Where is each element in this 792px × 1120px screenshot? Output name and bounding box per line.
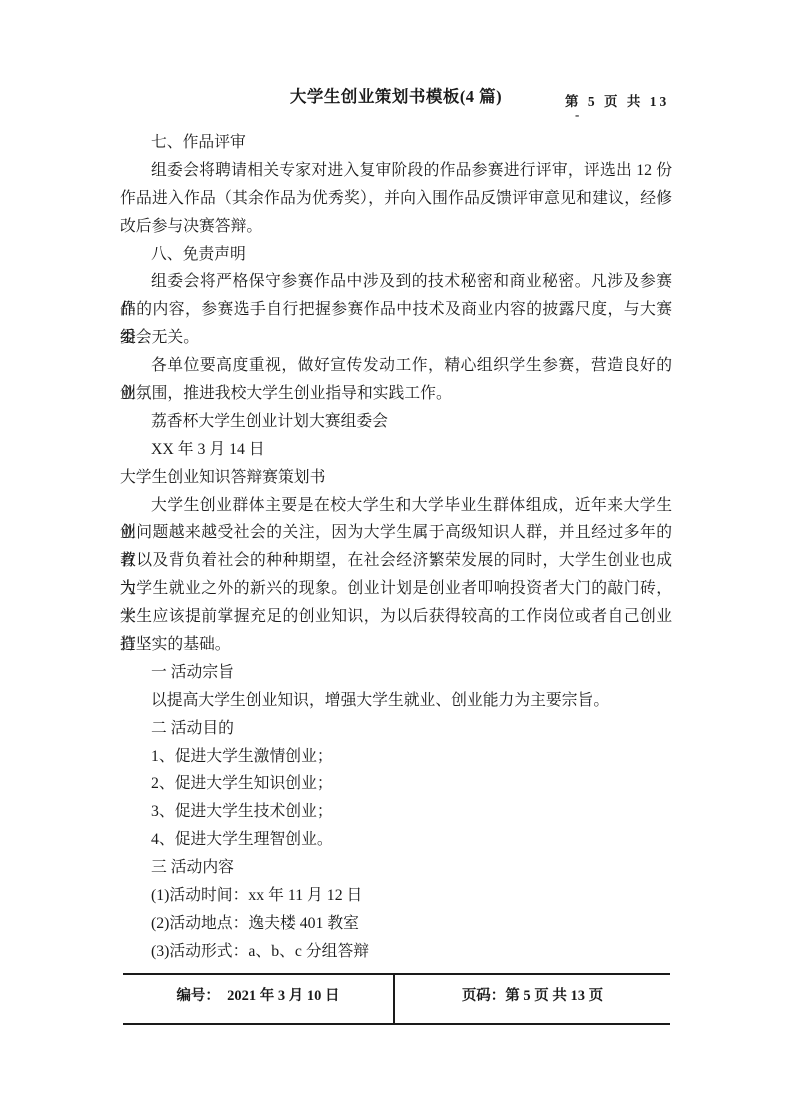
document-line: 3、促进大学生技术创业； [120,798,672,826]
document-line: (2)活动地点：逸夫楼 401 教室 [120,910,672,938]
document-line: 学生应该提前掌握充足的创业知识，为以后获得较高的工作岗位或者自己创业打 [120,603,672,631]
document-line: 改后参与决赛答辩。 [120,213,672,241]
header-page-indicator-mark: - [575,108,579,121]
document-line: 以提高大学生创业知识，增强大学生就业、创业能力为主要宗旨。 [120,687,672,715]
document-line: 业氛围，推进我校大学生创业指导和实践工作。 [120,380,672,408]
document-body: 七、作品评审 组委会将聘请相关专家对进入复审阶段的作品参赛进行评审，评选出 12… [120,129,672,966]
document-line: 作品进入作品（其余作品为优秀奖），并向入围作品反馈评审意见和建议，经修 [120,185,672,213]
document-line: 品的内容，参赛选手自行把握参赛作品中技术及商业内容的披露尺度，与大赛组 [120,296,672,324]
footer-table: 编号： 2021 年 3 月 10 日 页码：第 5 页 共 13 页 [123,973,670,1025]
document-line: 委会无关。 [120,324,672,352]
document-line: 大学生就业之外的新兴的现象。创业计划是创业者叩响投资者大门的敲门砖，大 [120,575,672,603]
document-line: 组委会将聘请相关专家对进入复审阶段的作品参赛进行评审，评选出 12 份 [120,157,672,185]
document-line: 七、作品评审 [120,129,672,157]
document-line: 2、促进大学生知识创业； [120,770,672,798]
document-line: 二 活动目的 [120,715,672,743]
document-line: XX 年 3 月 14 日 [120,436,672,464]
document-line: 三 活动内容 [120,854,672,882]
document-line: 组委会将严格保守参赛作品中涉及到的技术秘密和商业秘密。凡涉及参赛作 [120,268,672,296]
document-line: 一 活动宗旨 [120,659,672,687]
document-line: 各单位要高度重视，做好宣传发动工作，精心组织学生参赛，营造良好的创 [120,352,672,380]
document-line: 1、促进大学生激情创业； [120,743,672,771]
header-page-indicator: 第 5 页 共 13 [565,92,669,112]
document-line: 大学生创业知识答辩赛策划书 [120,464,672,492]
footer-number-cell: 编号： 2021 年 3 月 10 日 [123,975,395,1023]
document-line: (1)活动时间：xx 年 11 月 12 日 [120,882,672,910]
document-line: 造坚实的基础。 [120,631,672,659]
document-line: 4、促进大学生理智创业。 [120,826,672,854]
document-line: 育以及背负着社会的种种期望，在社会经济繁荣发展的同时，大学生创业也成为 [120,547,672,575]
footer-page-cell: 页码：第 5 页 共 13 页 [395,975,670,1023]
document-line: 荔香杯大学生创业计划大赛组委会 [120,408,672,436]
document-line: (3)活动形式：a、b、c 分组答辩 [120,938,672,966]
document-line: 八、免责声明 [120,241,672,269]
document-line: 大学生创业群体主要是在校大学生和大学毕业生群体组成，近年来大学生创 [120,492,672,520]
document-line: 业问题越来越受社会的关注，因为大学生属于高级知识人群，并且经过多年的教 [120,519,672,547]
document-page: 大学生创业策划书模板(4 篇) 第 5 页 共 13 - 七、作品评审 组委会将… [0,0,792,1120]
